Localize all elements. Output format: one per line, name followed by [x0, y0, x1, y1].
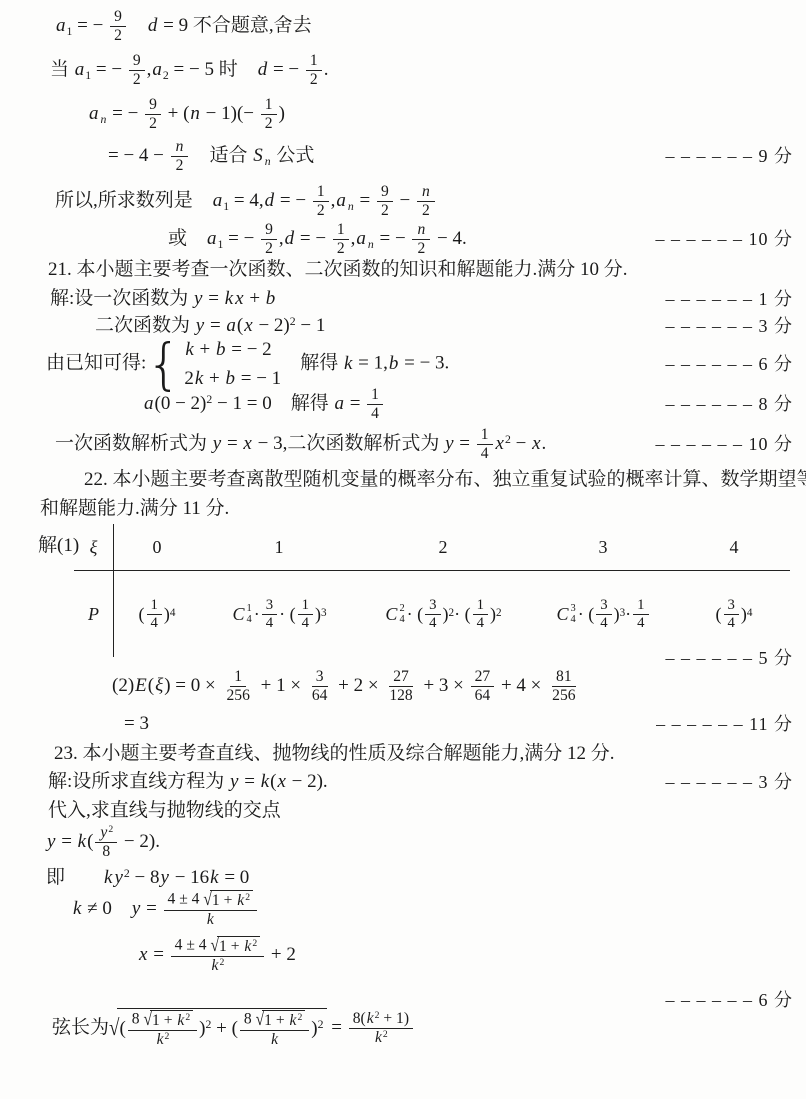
score-mark: – – – – – – 3 分 [666, 315, 794, 338]
math-expression: (2)E(ξ) = 0 × 1256 + 1 × 364 + 2 × 27128… [112, 668, 582, 705]
problem-statement: 21. 本小题主要考查一次函数、二次函数的知识和解题能力.满分 10 分. [48, 258, 628, 282]
math-expression: y = k(y28 − 2). [46, 824, 160, 861]
line-quadratic-in-y: 即 ky2 − 8y − 16k = 0 [0, 866, 806, 890]
probability-distribution-table: 解(1) ξ 0 1 2 3 4 P (14)4 C14 · 34 · (14)… [38, 524, 790, 657]
table-grid: ξ 0 1 2 3 4 P (14)4 C14 · 34 · (14)3 C24… [74, 524, 790, 657]
score-mark: – – – – – – 10 分 [656, 433, 794, 456]
math-expression: 即 ky2 − 8y − 16k = 0 [46, 866, 249, 890]
line-linear-function: 解:设一次函数为 y = kx + b– – – – – – 1 分 [0, 287, 806, 311]
table-header-value: 1 [200, 524, 358, 571]
problem-21-title: 21. 本小题主要考查一次函数、二次函数的知识和解题能力.满分 10 分. [0, 258, 806, 282]
math-expression: a(0 − 2)2 − 1 = 0 解得 a = 14 [143, 386, 385, 423]
line-parabola-substitution: y = k(y28 − 2). [0, 824, 806, 861]
score-line-5: – – – – – – 5 分 [0, 646, 806, 670]
line-expectation-result: = 3– – – – – – 11 分 [0, 712, 806, 736]
problem-23-title: 23. 本小题主要考查直线、抛物线的性质及综合解题能力,满分 12 分. [0, 742, 806, 766]
table-header-value: 2 [358, 524, 528, 571]
score-mark: – – – – – – 1 分 [666, 288, 794, 311]
score-mark: – – – – – – 10 分 [656, 228, 794, 251]
problem-statement: 22. 本小题主要考查离散型随机变量的概率分布、独立重复试验的概率计算、数学期望… [84, 468, 806, 492]
math-expression: 由已知可得:{k + b = − 22k + b = − 1 解得 k = 1,… [46, 338, 449, 391]
math-expression: 二次函数为 y = a(x − 2)2 − 1 [95, 314, 325, 338]
table-probability-cell: C24 · (34)2 · (14)2 [358, 571, 528, 657]
line-x-solution: x = 4 ± 4 √1 + k2k2 + 2 [0, 936, 806, 975]
math-expression: an = − 92 + (n − 1)(− 12) [88, 96, 285, 133]
score-mark: – – – – – – 11 分 [656, 713, 793, 736]
table-probability-cell: C14 · 34 · (14)3 [200, 571, 358, 657]
line-sequence-answer-1: 所以,所求数列是 a1 = 4,d = − 12,an = 92 − n2 [0, 183, 806, 220]
line-sequence-answer-2: 或 a1 = − 92,d = − 12,an = − n2 − 4.– – –… [0, 221, 806, 258]
score-mark: – – – – – – 6 分 [666, 353, 794, 376]
math-expression: 弦长为√(8 √1 + k2k2)2 + (8 √1 + k2k)2 = 8(k… [52, 1008, 415, 1049]
line-substitute-note: 代入,求直线与抛物线的交点 [0, 799, 806, 823]
line-line-equation: 解:设所求直线方程为 y = k(x − 2).– – – – – – 3 分 [0, 770, 806, 794]
line-expectation: (2)E(ξ) = 0 × 1256 + 1 × 364 + 2 × 27128… [0, 668, 806, 705]
table-label: 解(1) [38, 534, 79, 558]
score-mark: – – – – – – 5 分 [666, 647, 794, 670]
line-system-equations: 由已知可得:{k + b = − 22k + b = − 1 解得 k = 1,… [0, 338, 806, 391]
table-header-value: 4 [678, 524, 790, 571]
line-an-simplified: = − 4 − n2 适合 Sn 公式– – – – – – 9 分 [0, 138, 806, 175]
score-mark: – – – – – – 3 分 [666, 771, 794, 794]
math-expression: 一次函数解析式为 y = x − 3,二次函数解析式为 y = 14x2 − x… [55, 426, 546, 463]
math-expression: 所以,所求数列是 a1 = 4,d = − 12,an = 92 − n2 [55, 183, 437, 220]
table-probability-cell: (14)4 [114, 571, 200, 657]
math-expression: 当 a1 = − 92,a2 = − 5 时 d = − 12. [50, 52, 328, 89]
math-expression: 或 a1 = − 92,d = − 12,an = − n2 − 4. [168, 221, 467, 258]
math-expression: x = 4 ± 4 √1 + k2k2 + 2 [138, 936, 296, 975]
table-header-xi: ξ [74, 524, 114, 571]
line-a1-d-discard: a1 = − 92 d = 9 不合题意,舍去 [0, 8, 806, 45]
math-expression: 解:设一次函数为 y = kx + b [50, 287, 276, 311]
table-header-value: 3 [528, 524, 678, 571]
table-row-label-p: P [74, 571, 114, 657]
math-expression: a1 = − 92 d = 9 不合题意,舍去 [55, 8, 312, 45]
score-mark: – – – – – – 9 分 [666, 145, 794, 168]
problem-22-title-2: 和解题能力.满分 11 分. [0, 497, 806, 521]
scanned-exam-solution-page: { "page": {"background": "#fdfdfc", "ink… [0, 0, 806, 1099]
line-case-a1-a2: 当 a1 = − 92,a2 = − 5 时 d = − 12. [0, 52, 806, 89]
line-an-formula: an = − 92 + (n − 1)(− 12) [0, 96, 806, 133]
table-probability-cell: (34)4 [678, 571, 790, 657]
math-expression: = 3 [124, 712, 149, 736]
problem-22-title-1: 22. 本小题主要考查离散型随机变量的概率分布、独立重复试验的概率计算、数学期望… [0, 468, 806, 492]
math-expression: k ≠ 0 y = 4 ± 4 √1 + k2k [72, 890, 259, 929]
line-chord-length: 弦长为√(8 √1 + k2k2)2 + (8 √1 + k2k)2 = 8(k… [0, 1008, 806, 1049]
table-header-value: 0 [114, 524, 200, 571]
math-expression: 解:设所求直线方程为 y = k(x − 2). [48, 770, 328, 794]
score-mark: – – – – – – 8 分 [666, 393, 794, 416]
text-line: 代入,求直线与抛物线的交点 [48, 799, 281, 823]
line-y-solution: k ≠ 0 y = 4 ± 4 √1 + k2k [0, 890, 806, 929]
table-probability-cell: C34 · (34)3 · 14 [528, 571, 678, 657]
line-function-answers: 一次函数解析式为 y = x − 3,二次函数解析式为 y = 14x2 − x… [0, 426, 806, 463]
problem-statement: 和解题能力.满分 11 分. [40, 497, 229, 521]
math-expression: = − 4 − n2 适合 Sn 公式 [108, 138, 314, 175]
line-solve-a: a(0 − 2)2 − 1 = 0 解得 a = 14– – – – – – 8… [0, 386, 806, 423]
problem-statement: 23. 本小题主要考查直线、抛物线的性质及综合解题能力,满分 12 分. [54, 742, 615, 766]
line-quadratic-function: 二次函数为 y = a(x − 2)2 − 1– – – – – – 3 分 [0, 314, 806, 338]
